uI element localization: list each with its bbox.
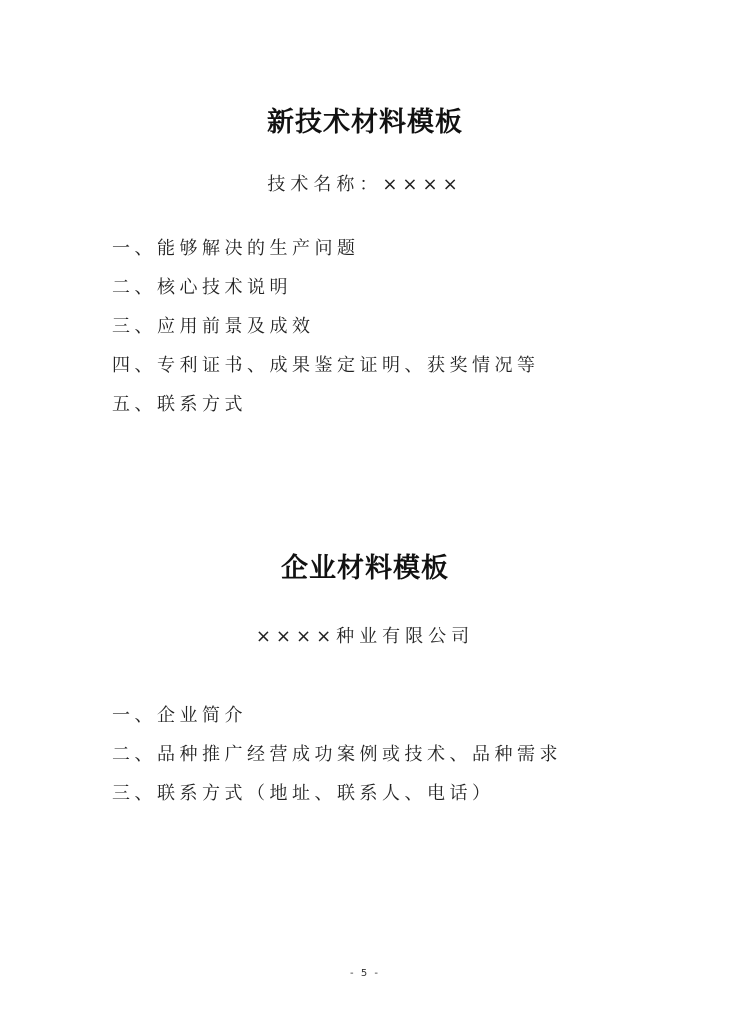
tech-name-line: 技术名称：×××× xyxy=(0,170,730,196)
enterprise-section-list: 一、企业简介 二、品种推广经营成功案例或技术、品种需求 三、联系方式（地址、联系… xyxy=(112,704,562,821)
company-name-line: ××××种业有限公司 xyxy=(0,622,730,648)
list-item: 二、品种推广经营成功案例或技术、品种需求 xyxy=(112,743,562,782)
list-item: 一、能够解决的生产问题 xyxy=(112,237,540,276)
list-item: 三、联系方式（地址、联系人、电话） xyxy=(112,782,562,821)
document-page: 新技术材料模板 技术名称：×××× 一、能够解决的生产问题 二、核心技术说明 三… xyxy=(0,0,730,1032)
new-tech-template-title: 新技术材料模板 xyxy=(0,100,730,139)
enterprise-template-title: 企业材料模板 xyxy=(0,546,730,585)
list-item: 三、应用前景及成效 xyxy=(112,315,540,354)
list-item: 四、专利证书、成果鉴定证明、获奖情况等 xyxy=(112,354,540,393)
list-item: 一、企业简介 xyxy=(112,704,562,743)
page-number: - 5 - xyxy=(0,968,730,979)
list-item: 二、核心技术说明 xyxy=(112,276,540,315)
new-tech-section-list: 一、能够解决的生产问题 二、核心技术说明 三、应用前景及成效 四、专利证书、成果… xyxy=(112,237,540,432)
list-item: 五、联系方式 xyxy=(112,393,540,432)
